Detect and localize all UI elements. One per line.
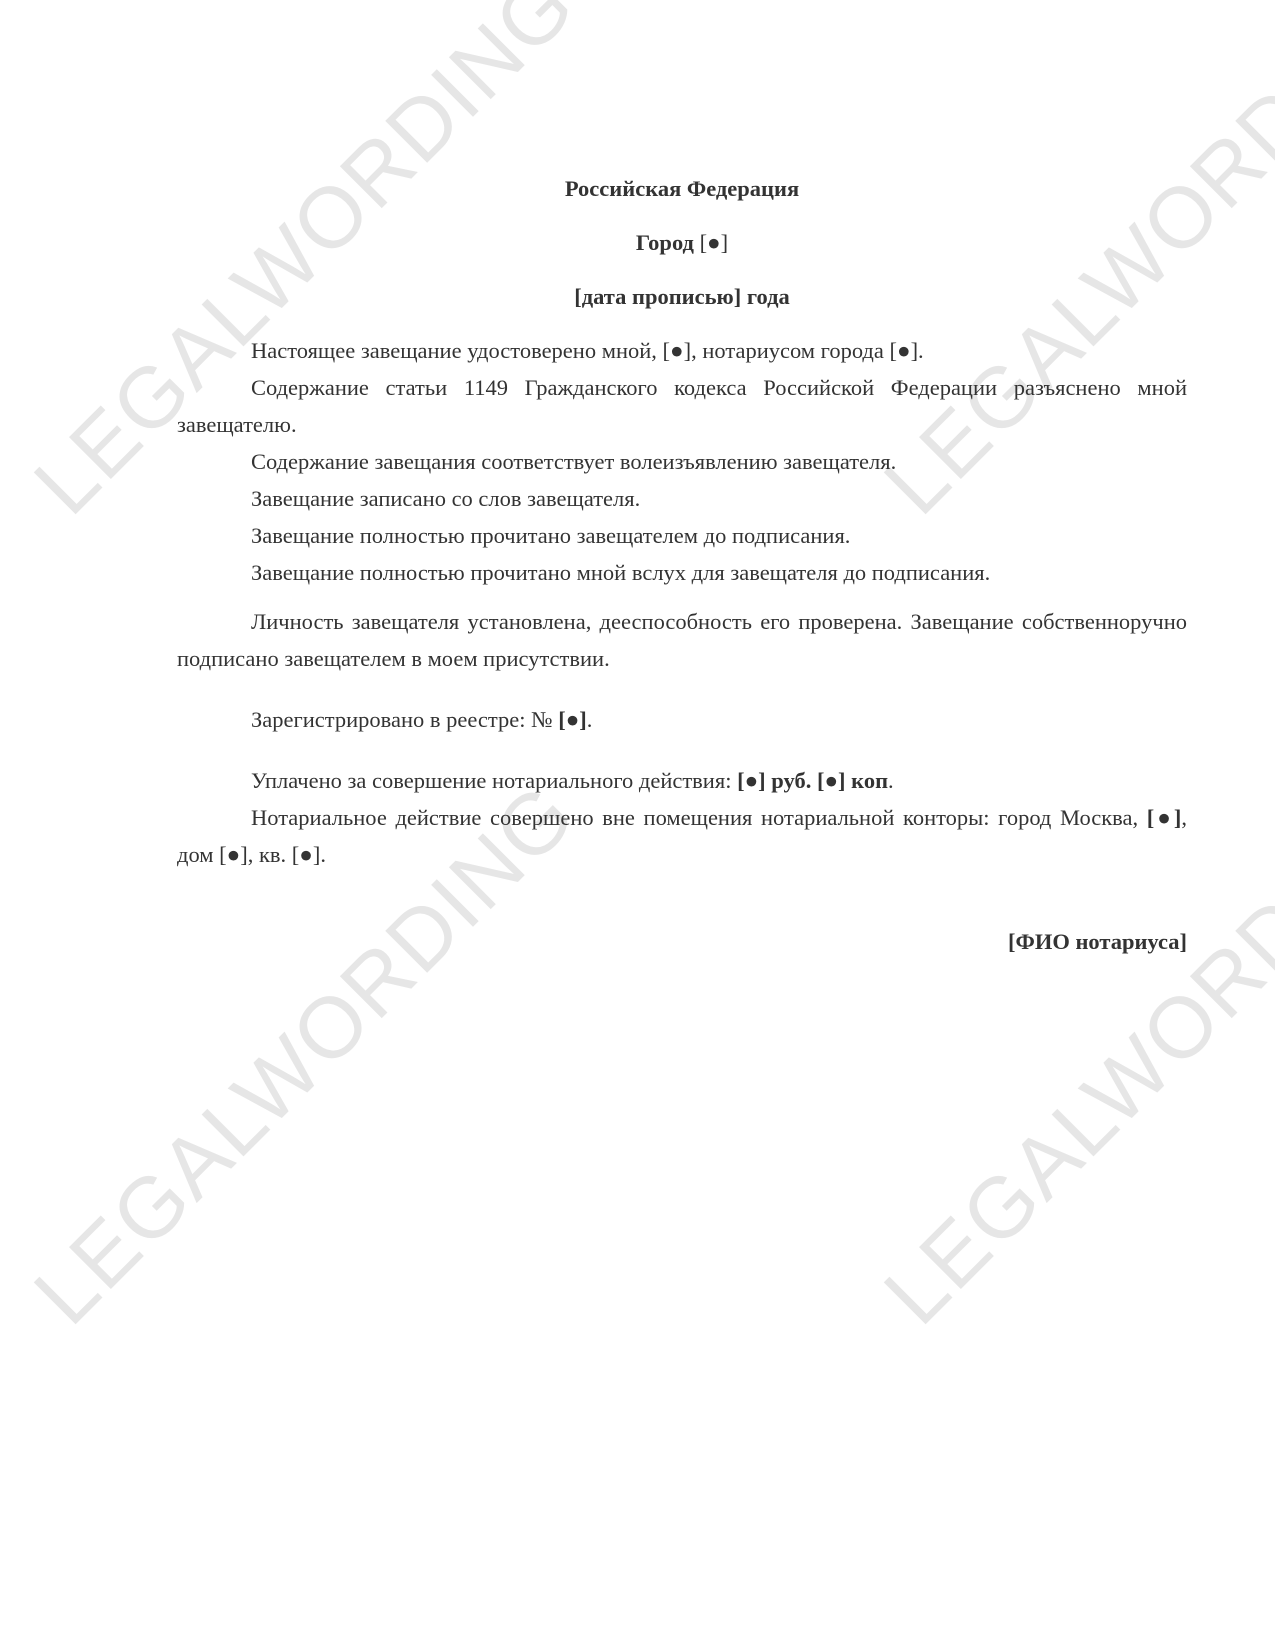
fee-value: [●] руб. [●] коп [737, 768, 888, 793]
paragraph-certification: Настоящее завещание удостоверено мной, [… [177, 332, 1187, 369]
paragraph-identity: Личность завещателя установлена, дееспос… [177, 603, 1187, 677]
registry-value: [●] [558, 707, 587, 732]
fee-label: Уплачено за совершение нотариального дей… [251, 768, 731, 793]
place-text: Нотариальное действие совершено вне поме… [251, 805, 1138, 830]
paragraph-registry: Зарегистрировано в реестре: № [●]. [177, 701, 1187, 738]
paragraph-read-aloud: Завещание полностью прочитано мной вслух… [177, 554, 1187, 591]
city-label: Город [636, 230, 694, 255]
country-heading: Российская Федерация [177, 170, 1187, 207]
city-heading: Город [●] [177, 224, 1187, 261]
place-street: [●] [1147, 805, 1182, 830]
registry-label: Зарегистрировано в реестре: № [251, 707, 553, 732]
paragraph-place: Нотариальное действие совершено вне поме… [177, 799, 1187, 873]
city-placeholder: [●] [700, 230, 729, 255]
document-page: Российская Федерация Город [●] [дата про… [177, 170, 1187, 960]
date-heading: [дата прописью] года [177, 278, 1187, 315]
paragraph-written: Завещание записано со слов завещателя. [177, 480, 1187, 517]
paragraph-article-1149: Содержание статьи 1149 Гражданского коде… [177, 369, 1187, 443]
notary-signature: [ФИО нотариуса] [177, 923, 1187, 960]
paragraph-read-by-testator: Завещание полностью прочитано завещателе… [177, 517, 1187, 554]
paragraph-will-content: Содержание завещания соответствует волеи… [177, 443, 1187, 480]
paragraph-fee: Уплачено за совершение нотариального дей… [177, 762, 1187, 799]
